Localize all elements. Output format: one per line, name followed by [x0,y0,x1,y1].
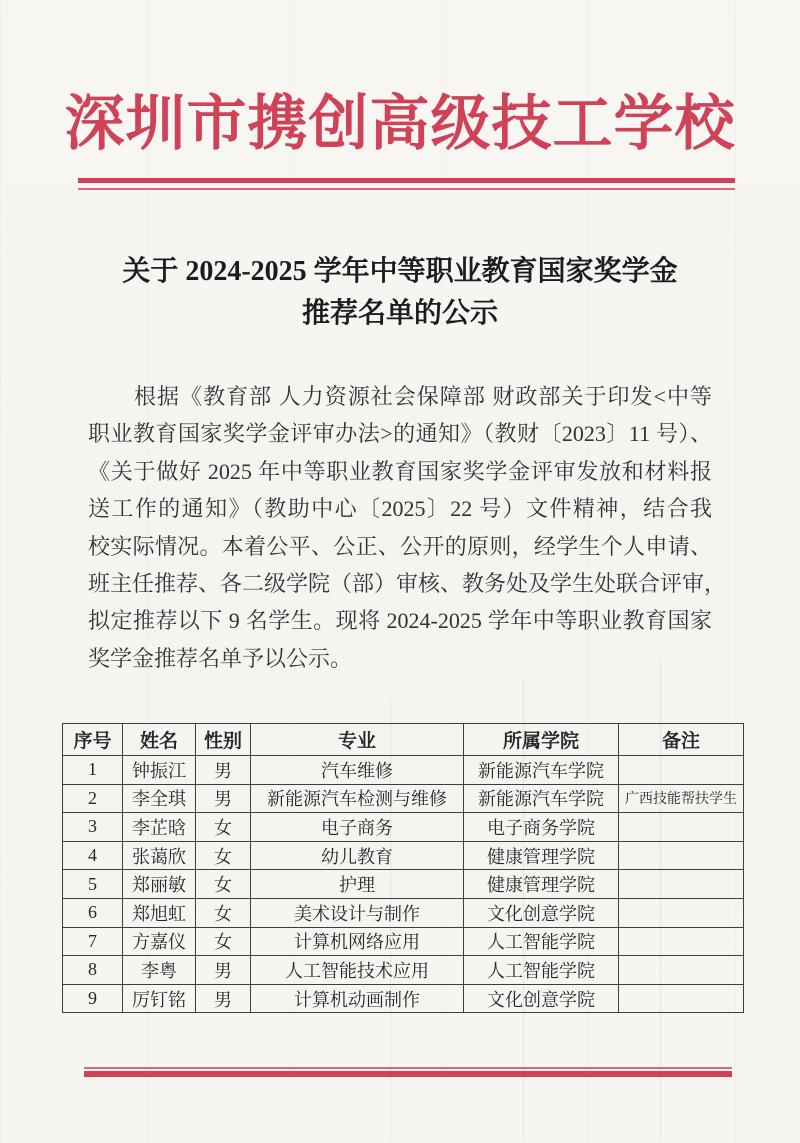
letterhead-divider [78,178,735,190]
table-cell: 方嘉仪 [123,927,196,956]
table-cell: 男 [196,784,251,813]
table-cell-remark [619,841,744,870]
table-cell: 男 [196,956,251,985]
table-cell: 人工智能技术应用 [251,956,464,985]
document-title-line2: 推荐名单的公示 [60,293,740,335]
body-line: 根据《教育部 人力资源社会保障部 财政部关于印发<中等 [88,378,712,415]
table-cell: 9 [63,984,123,1013]
table-cell: 5 [63,870,123,899]
body-paragraph: 根据《教育部 人力资源社会保障部 财政部关于印发<中等 职业教育国家奖学金评审办… [88,378,712,677]
footer-divider [84,1067,732,1077]
table-header-row: 序号姓名性别专业所属学院备注 [63,724,744,756]
table-cell: 汽车维修 [251,756,464,785]
table-row: 4张蔼欣女幼儿教育健康管理学院 [63,841,744,870]
scan-artifact-line [660,660,661,1140]
scanned-document-page: 深圳市携创高级技工学校 关于 2024-2025 学年中等职业教育国家奖学金 推… [0,0,800,1143]
table-cell-remark [619,927,744,956]
table-row: 1钟振江男汽车维修新能源汽车学院 [63,756,744,785]
table-cell: 张蔼欣 [123,841,196,870]
letterhead-divider-thin-line [78,188,735,190]
scan-artifact-line [390,700,391,1140]
table-cell: 健康管理学院 [464,870,619,899]
table-cell-remark [619,898,744,927]
table-row: 5郑丽敏女护理健康管理学院 [63,870,744,899]
recommendation-table: 序号姓名性别专业所属学院备注 1钟振江男汽车维修新能源汽车学院2李全琪男新能源汽… [62,723,744,1013]
table-cell: 女 [196,898,251,927]
body-line: 校实际情况。本着公平、公正、公开的原则，经学生个人申请、 [88,528,712,565]
table-cell: 女 [196,927,251,956]
body-line: 奖学金推荐名单予以公示。 [88,640,712,677]
table-cell: 8 [63,956,123,985]
table-header-row: 序号姓名性别专业所属学院备注 [63,724,744,756]
body-line: 送工作的通知》（教助中心〔2025〕22 号）文件精神，结合我 [88,490,712,527]
table-cell: 7 [63,927,123,956]
table-cell: 3 [63,813,123,842]
table-cell: 钟振江 [123,756,196,785]
table-cell: 人工智能学院 [464,956,619,985]
table-cell: 新能源汽车学院 [464,756,619,785]
table-row: 8李粤男人工智能技术应用人工智能学院 [63,956,744,985]
letterhead-school-name: 深圳市携创高级技工学校 [0,76,800,162]
table-cell-remark [619,870,744,899]
table-header-cell: 序号 [63,724,123,756]
body-line: 职业教育国家奖学金评审办法>的通知》（教财〔2023〕11 号）、 [88,415,712,452]
table-cell: 2 [63,784,123,813]
table-cell: 幼儿教育 [251,841,464,870]
table-cell: 女 [196,813,251,842]
table-cell: 李粤 [123,956,196,985]
table-cell: 电子商务学院 [464,813,619,842]
table-cell: 计算机网络应用 [251,927,464,956]
table-row: 7方嘉仪女计算机网络应用人工智能学院 [63,927,744,956]
body-line: 《关于做好 2025 年中等职业教育国家奖学金评审发放和材料报 [88,453,712,490]
table-cell: 郑丽敏 [123,870,196,899]
table-cell: 郑旭虹 [123,898,196,927]
table-cell: 李全琪 [123,784,196,813]
body-line: 拟定推荐以下 9 名学生。现将 2024-2025 学年中等职业教育国家 [88,602,712,639]
table-cell-remark [619,984,744,1013]
table-cell: 女 [196,870,251,899]
table-header-cell: 所属学院 [464,724,619,756]
table-cell: 电子商务 [251,813,464,842]
table-cell: 护理 [251,870,464,899]
table-row: 2李全琪男新能源汽车检测与维修新能源汽车学院广西技能帮扶学生 [63,784,744,813]
table-cell: 文化创意学院 [464,898,619,927]
table-header-cell: 专业 [251,724,464,756]
table-cell: 新能源汽车学院 [464,784,619,813]
table-cell: 1 [63,756,123,785]
table-cell: 4 [63,841,123,870]
table-cell-remark [619,813,744,842]
document-title: 关于 2024-2025 学年中等职业教育国家奖学金 推荐名单的公示 [60,251,740,335]
table-row: 6郑旭虹女美术设计与制作文化创意学院 [63,898,744,927]
table-header-cell: 姓名 [123,724,196,756]
table-cell: 健康管理学院 [464,841,619,870]
table-header-cell: 性别 [196,724,251,756]
table-cell-remark: 广西技能帮扶学生 [619,784,744,813]
table-cell: 新能源汽车检测与维修 [251,784,464,813]
table-cell: 男 [196,984,251,1013]
body-line: 班主任推荐、各二级学院（部）审核、教务处及学生处联合评审， [88,565,712,602]
table-cell: 男 [196,756,251,785]
table-cell: 6 [63,898,123,927]
table-row: 9厉钉铭男计算机动画制作文化创意学院 [63,984,744,1013]
table-body: 1钟振江男汽车维修新能源汽车学院2李全琪男新能源汽车检测与维修新能源汽车学院广西… [63,756,744,1013]
table-cell: 厉钉铭 [123,984,196,1013]
table-cell: 女 [196,841,251,870]
table-row: 3李芷晗女电子商务电子商务学院 [63,813,744,842]
table-cell: 计算机动画制作 [251,984,464,1013]
table-cell: 人工智能学院 [464,927,619,956]
document-title-line1: 关于 2024-2025 学年中等职业教育国家奖学金 [60,251,740,293]
table-cell-remark [619,756,744,785]
table-cell-remark [619,956,744,985]
table-cell: 美术设计与制作 [251,898,464,927]
scan-artifact-line [523,680,524,1140]
table-header-cell: 备注 [619,724,744,756]
table-cell: 文化创意学院 [464,984,619,1013]
table-cell: 李芷晗 [123,813,196,842]
footer-divider-thick-line [84,1071,732,1077]
